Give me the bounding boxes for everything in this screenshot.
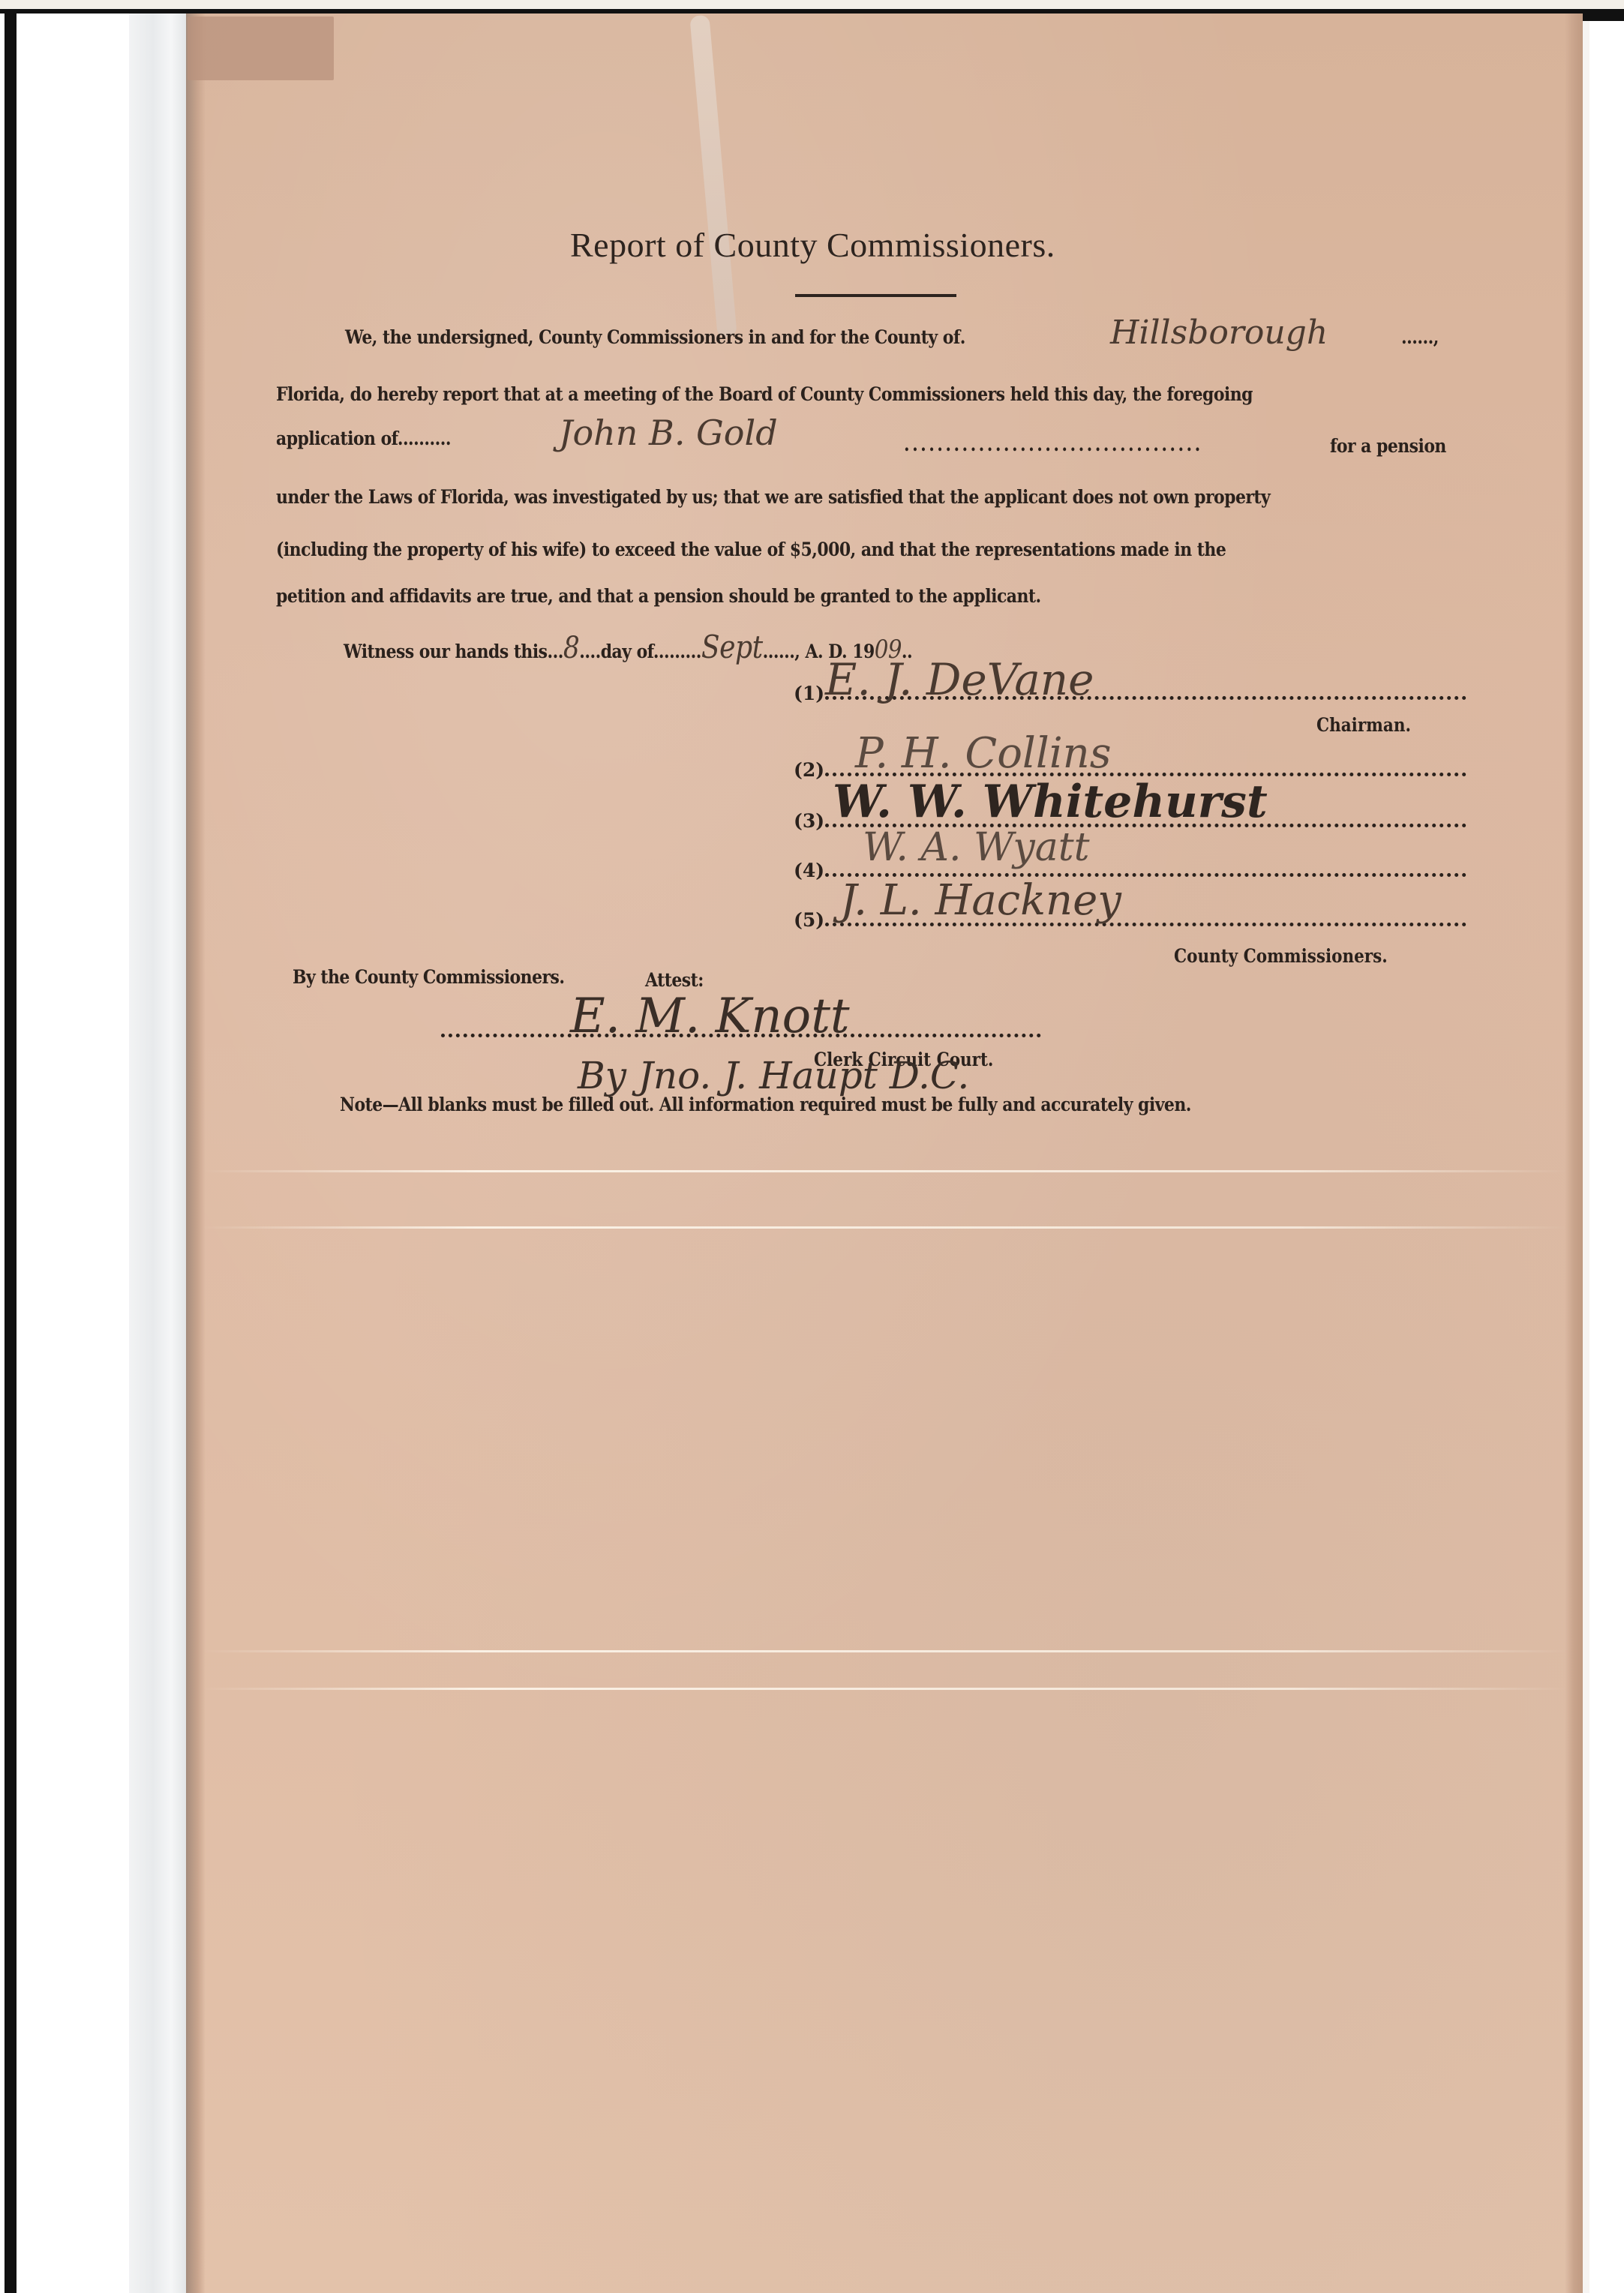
county-commissioners-label: County Commissioners. [1174,945,1388,967]
scanner-background [17,14,129,2293]
body-line-2: Florida, do hereby report that at a meet… [276,383,1253,406]
dot-leader: .................................... [904,434,1203,456]
signature-number-3: (3) [794,810,824,832]
clerk-signature-line [441,1034,1041,1037]
fold-line [203,1650,1568,1652]
signature-3: W. W. Whitehurst [833,776,1268,828]
body-line-4: under the Laws of Florida, was investiga… [276,486,1270,509]
scanner-frame-top [0,0,1624,9]
fold-line [203,1688,1568,1690]
chairman-label: Chairman. [1316,714,1411,736]
month-handwritten: Sept [701,629,763,665]
signature-number-4: (4) [794,860,824,881]
paper-edge-left [186,14,206,2293]
note-text: Note—All blanks must be filled out. All … [340,1094,1191,1116]
body-text: We, the undersigned, County Commissioner… [345,326,960,349]
signature-number-5: (5) [794,909,824,931]
deputy-signature: By Jno. J. Haupt D.C. [578,1054,969,1097]
county-handwritten: Hillsborough [1110,314,1328,352]
witness-prefix: Witness our hands this... [344,641,563,663]
witness-middle: ....day of......... [579,641,701,663]
signature-number-2: (2) [794,759,824,781]
signature-4: W. A. Wyatt [863,825,1090,870]
body-line-5: (including the property of his wife) to … [276,539,1226,561]
fold-line [203,1170,1568,1172]
fold-line [203,1226,1568,1229]
tape-stain [188,17,334,80]
title-rule [795,294,956,297]
body-line-3-suffix: for a pension [1330,435,1446,458]
paper-edge-right [1565,14,1583,2293]
signature-1: E. J. DeVane [825,654,1094,705]
body-line-1-suffix: ......, [1401,326,1439,349]
signature-number-1: (1) [794,683,824,704]
page-title: Report of County Commissioners. [570,225,1185,265]
signature-5: J. L. Hackney [840,876,1121,925]
applicant-handwritten: John B. Gold [559,413,778,453]
signature-2: P. H. Collins [855,729,1111,778]
scanner-frame-left [5,9,17,2293]
body-line-1: We, the undersigned, County Commissioner… [345,326,966,349]
scanner-frame-right [1583,11,1624,21]
document-page [186,14,1583,2293]
body-line-3-prefix: application of.......... [276,428,451,450]
day-handwritten: 8 [563,631,579,665]
body-line-6: petition and affidavits are true, and th… [276,585,1041,608]
by-commissioners-label: By the County Commissioners. [293,966,565,989]
plastic-sleeve [129,14,189,2293]
